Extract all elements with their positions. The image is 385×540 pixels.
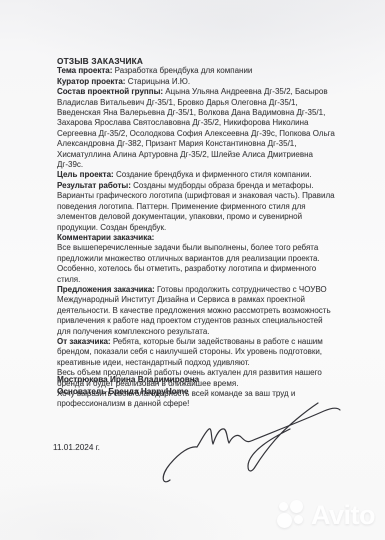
field-label: От заказчика: [57, 337, 113, 346]
field-text: Старицына И.Ю. [128, 77, 190, 86]
field-text: Все вышеперечисленные задачи были выполн… [57, 243, 320, 283]
field-label: Куратор проекта: [57, 77, 128, 86]
field-from-customer: От заказчика: Ребята, которые были задей… [57, 337, 335, 368]
field-label: Предложения заказчика: [57, 285, 157, 294]
field-label: Состав проектной группы: [57, 87, 165, 96]
avito-dot-top-left [279, 502, 288, 511]
avito-dot-bottom-left [277, 513, 292, 528]
field-project-team: Состав проектной группы: Ацына Ульяна Ан… [57, 87, 335, 170]
avito-watermark: Avito [276, 498, 375, 532]
field-label: Комментарии заказчика: [57, 233, 335, 243]
avito-dot-bottom-right [294, 515, 303, 524]
field-label: Цель проекта: [57, 170, 116, 179]
avito-wordmark: Avito [311, 500, 375, 530]
field-work-result: Результат работы: Созданы мудборды образ… [57, 181, 335, 233]
field-curator: Куратор проекта: Старицына И.Ю. [57, 77, 335, 87]
document-title: ОТЗЫВ ЗАКАЗЧИКА [57, 56, 335, 66]
handwritten-signature-image [156, 396, 352, 494]
scanned-document-page: ОТЗЫВ ЗАКАЗЧИКА Тема проекта: Разработка… [0, 0, 385, 540]
signatory-block: Мострюкова Ирина Владимировна Основатель… [57, 374, 297, 397]
document-body: ОТЗЫВ ЗАКАЗЧИКА Тема проекта: Разработка… [57, 56, 335, 410]
field-label: Результат работы: [57, 181, 133, 190]
field-text: Создание брендбука и фирменного стиля ко… [116, 170, 312, 179]
document-date: 11.01.2024 г. [53, 443, 100, 452]
avito-dot-top-right [290, 500, 303, 513]
field-customer-proposals: Предложения заказчика: Готовы продолжить… [57, 285, 335, 337]
field-text: Ацына Ульяна Андреевна Дг-35/2, Басыров … [57, 87, 335, 169]
field-customer-comments: Комментарии заказчика:Все вышеперечислен… [57, 233, 335, 285]
field-label: Тема проекта: [57, 66, 115, 75]
avito-logo-icon [276, 500, 306, 530]
signatory-name: Мострюкова Ирина Владимировна [57, 374, 297, 386]
field-text: Разработка брендбука для компании [115, 66, 253, 75]
field-project-goal: Цель проекта: Создание брендбука и фирме… [57, 170, 335, 180]
field-project-theme: Тема проекта: Разработка брендбука для к… [57, 66, 335, 76]
